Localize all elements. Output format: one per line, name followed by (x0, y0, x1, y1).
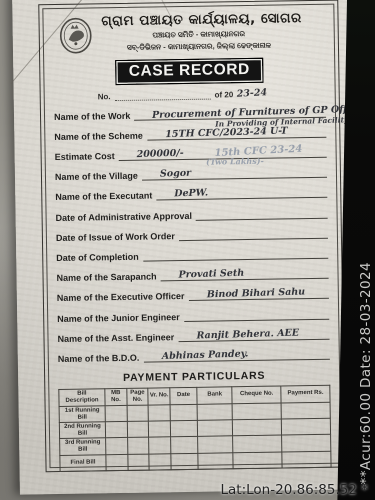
payment-column-header: Vr. No. (148, 388, 170, 405)
payment-column-header: Page No. (127, 388, 149, 405)
form-field-row: Name of the Scheme 15TH CFC/2023-24 U-T … (54, 126, 326, 142)
case-record-title: CASE RECORD (116, 57, 264, 84)
field-underline: Sogor (142, 164, 327, 181)
no-label: No. (98, 92, 111, 101)
payment-empty-cell (281, 418, 330, 435)
payment-empty-cell (149, 437, 171, 454)
payment-empty-cell (127, 405, 149, 422)
payment-empty-cell (148, 405, 170, 422)
payment-empty-cell (281, 402, 330, 419)
of-year-label: of 20 (215, 90, 234, 99)
payment-empty-cell (149, 421, 171, 438)
field-label: Name of the Asst. Engineer (57, 332, 174, 344)
payment-empty-cell (170, 404, 197, 421)
form-field-row: Name of the B.D.O. Abhinas Pandey. (58, 348, 330, 364)
bill-description-cell: Final Bill (60, 454, 106, 471)
form-fields: Name of the Work Procurement of Furnitur… (54, 105, 330, 363)
form-field-row: Date of Completion (56, 247, 328, 263)
title-row: CASE RECORD (53, 56, 325, 85)
form-field-row: Date of Issue of Work Order (56, 227, 328, 243)
field-label: Date of Completion (56, 252, 139, 263)
payment-empty-cell (128, 454, 150, 470)
payment-empty-cell (105, 422, 127, 439)
field-label: Name of the Scheme (54, 131, 143, 142)
payment-empty-cell (170, 420, 197, 437)
case-number-line: No. of 20 23-24 (98, 87, 306, 101)
bill-description-cell: 1st Running Bill (59, 406, 105, 423)
payment-empty-cell (106, 454, 128, 470)
document-photo: ଗ୍ରାମ ପଞ୍ଚାୟତ କାର୍ଯ୍ୟାଳୟ, ସୋଗର ପଞ୍ଚାୟତ ସ… (0, 0, 375, 500)
payment-empty-cell (127, 437, 149, 454)
field-underline: Ranjit Behera. AEE (178, 325, 329, 341)
field-underline: 15TH CFC/2023-24 U-T In Providing of Int… (147, 124, 327, 141)
field-label: Date of Administrative Approval (56, 211, 192, 223)
field-value-handwritten: Sogor (160, 168, 192, 180)
field-label: Name of the Executant (55, 191, 152, 203)
field-label: Name of the B.D.O. (58, 353, 140, 364)
field-value-handwritten: 200000/- (137, 148, 184, 160)
field-underline: DePW. (156, 184, 327, 201)
field-value-handwritten: Provati Seth (178, 268, 244, 281)
payment-column-header: MB No. (105, 388, 127, 405)
payment-empty-cell (106, 438, 128, 455)
field-value-handwritten: DePW. (174, 188, 208, 200)
form-outer-border: ଗ୍ରାମ ପଞ୍ଚାୟତ କାର୍ଯ୍ୟାଳୟ, ସୋଗର ପଞ୍ଚାୟତ ସ… (38, 0, 345, 472)
field-underline (179, 225, 328, 241)
field-label: Estimate Cost (55, 151, 115, 162)
payment-table-body: 1st Running Bill2nd Running Bill3rd Runn… (59, 402, 331, 471)
payment-column-header: Cheque No. (232, 386, 281, 404)
form-header: ଗ୍ରାମ ପଞ୍ଚାୟତ କାର୍ଯ୍ୟାଳୟ, ସୋଗର ପଞ୍ଚାୟତ ସ… (52, 7, 325, 54)
field-label: Name of the Sarapanch (56, 272, 156, 284)
payment-empty-cell (282, 435, 331, 452)
field-label: Name of the Village (55, 171, 138, 182)
field-note-below: (Two Lakhs)- (206, 156, 264, 167)
payment-empty-cell (233, 435, 282, 452)
field-label: Date of Issue of Work Order (56, 231, 175, 243)
form-field-row: Name of the Village Sogor (55, 166, 327, 182)
field-label: Name of the Work (54, 111, 131, 122)
number-blank (115, 89, 211, 101)
payment-column-header: Bill Description (59, 389, 105, 407)
payment-empty-cell (197, 404, 232, 421)
field-value-handwritten: Abhinas Pandey. (161, 348, 248, 362)
payment-empty-cell (171, 453, 198, 469)
payment-column-header: Date (170, 387, 197, 404)
field-label: Name of the Junior Engineer (57, 312, 180, 324)
payment-empty-cell (198, 436, 233, 453)
gps-accuracy-date-watermark: **Acur:60.00 Date: 28-03-2024 (358, 262, 374, 484)
payment-empty-cell (197, 420, 232, 437)
gps-latlon-watermark: Lat:Lon-20.86:85.52 * (221, 482, 369, 498)
odisha-state-emblem-icon (56, 13, 97, 60)
field-underline (184, 305, 330, 321)
payment-empty-cell (127, 421, 149, 438)
payment-column-header: Bank (197, 387, 232, 405)
payment-empty-cell (171, 437, 198, 454)
form-field-row: Name of the Executive Officer Binod Biha… (57, 287, 329, 303)
payment-empty-cell (105, 405, 127, 422)
form-field-row: Estimate Cost 200000/- 15th CFC 23-24 (T… (55, 146, 327, 162)
field-underline: Binod Bihari Sahu (188, 285, 329, 301)
bill-description-cell: 2nd Running Bill (59, 422, 105, 439)
payment-empty-cell (198, 452, 233, 469)
payment-empty-cell (233, 419, 282, 436)
field-underline (143, 245, 329, 262)
payment-empty-cell (282, 451, 331, 468)
case-record-sheet: ଗ୍ରାମ ପଞ୍ଚାୟତ କାର୍ଯ୍ୟାଳୟ, ସୋଗର ପଞ୍ଚାୟତ ସ… (12, 0, 358, 495)
payment-row: Final Bill (60, 451, 331, 471)
bill-description-cell: 3rd Running Bill (60, 438, 106, 455)
payment-column-header: Payment Rs. (281, 385, 330, 403)
field-value-handwritten: Ranjit Behera. AEE (196, 327, 299, 341)
payment-table: Bill DescriptionMB No.Page No.Vr. No.Dat… (58, 385, 331, 472)
payment-empty-cell (149, 453, 171, 469)
field-underline: 200000/- 15th CFC 23-24 (Two Lakhs)- (119, 144, 327, 161)
field-underline (196, 204, 328, 220)
form-field-row: Date of Administrative Approval (56, 206, 328, 222)
payment-empty-cell (232, 403, 281, 420)
field-value-handwritten: Binod Bihari Sahu (206, 287, 305, 301)
form-field-row: Name of the Executant DePW. (55, 186, 327, 202)
payment-particulars-heading: PAYMENT PARTICULARS (58, 369, 330, 385)
form-inner-border: ଗ୍ରାମ ପଞ୍ଚାୟତ କାର୍ଯ୍ୟାଳୟ, ସୋଗର ପଞ୍ଚାୟତ ସ… (42, 4, 341, 469)
payment-empty-cell (233, 452, 282, 469)
year-handwritten: 23-24 (236, 87, 267, 100)
field-label: Name of the Executive Officer (57, 291, 185, 303)
field-underline: Provati Seth (160, 265, 328, 282)
form-field-row: Name of the Asst. Engineer Ranjit Behera… (57, 327, 329, 343)
form-field-row: Name of the Junior Engineer (57, 307, 329, 323)
form-field-row: Name of the Sarapanch Provati Seth (56, 267, 328, 283)
field-underline: Abhinas Pandey. (143, 346, 330, 363)
